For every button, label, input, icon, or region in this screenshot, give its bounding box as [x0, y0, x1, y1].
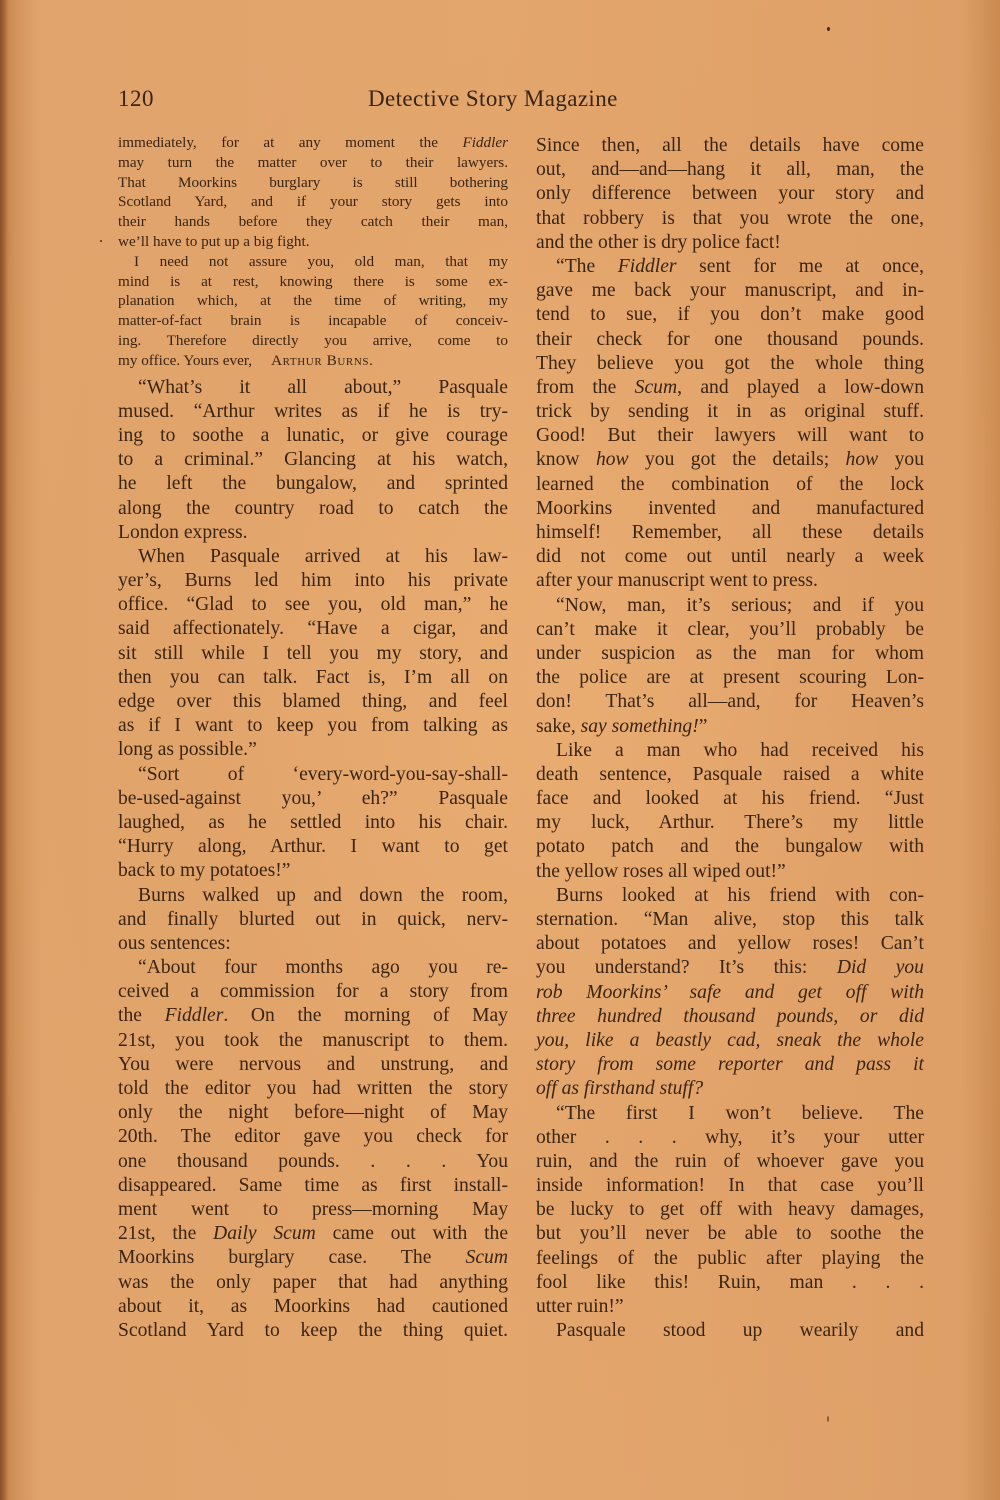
text-line: know how you got the details; how you — [536, 448, 924, 472]
text-line: told the editor you had written the stor… — [118, 1077, 508, 1101]
text-line: did not come out until nearly a week — [536, 545, 924, 569]
text-line: death sentence, Pasquale raised a white — [536, 763, 924, 787]
text-line: Burns looked at his friend with con- — [536, 884, 924, 908]
text-line: don! That’s all—and, for Heaven’s — [536, 690, 924, 714]
text-line: ceived a commission for a story from — [118, 980, 508, 1004]
text-line: story from some reporter and pass it — [536, 1053, 924, 1077]
text-line: disappeared. Same time as first install- — [118, 1174, 508, 1198]
text-line: 21st, the Daily Scum came out with the — [118, 1222, 508, 1246]
text-line: only the night before—night of May — [118, 1101, 508, 1125]
text-line: be-used-against you,’ eh?” Pasquale — [118, 787, 508, 811]
text-line: be lucky to get off with heavy damages, — [536, 1198, 924, 1222]
text-line: “The first I won’t believe. The — [536, 1102, 924, 1126]
text-line: office. “Glad to see you, old man,” he — [118, 593, 508, 617]
text-line: can’t make it clear, you’ll probably be — [536, 618, 924, 642]
text-line: the yellow roses all wiped out!” — [536, 860, 924, 884]
text-line: other . . . why, it’s your utter — [536, 1126, 924, 1150]
text-line: face and looked at his friend. “Just — [536, 787, 924, 811]
text-line: “Sort of ‘every-word-you-say-shall- — [118, 763, 508, 787]
text-line: Since then, all the details have come — [536, 134, 924, 158]
text-line: about it, as Moorkins had cautioned — [118, 1295, 508, 1319]
text-line: Moorkins invented and manufactured — [536, 497, 924, 521]
text-line: utter ruin!” — [536, 1295, 924, 1319]
text-line: Moorkins burglary case. The Scum — [118, 1246, 508, 1270]
text-line: ment went to press—morning May — [118, 1198, 508, 1222]
text-line: out, and—and—hang it all, man, the — [536, 158, 924, 182]
text-line: When Pasquale arrived at his law- — [118, 545, 508, 569]
text-line: “About four months ago you re- — [118, 956, 508, 980]
text-line: “What’s it all about,” Pasquale — [118, 376, 508, 400]
text-line: feelings of the public after playing the — [536, 1247, 924, 1271]
text-line: ruin, and the ruin of whoever gave you — [536, 1150, 924, 1174]
text-line: their check for one thousand pounds. — [536, 328, 924, 352]
text-line: after your manuscript went to press. — [536, 569, 924, 593]
text-line: Burns walked up and down the room, — [118, 884, 508, 908]
ink-speck — [827, 1416, 829, 1422]
text-line: then you can talk. Fact is, I’m all on — [118, 666, 508, 690]
text-line: and finally blurted out in quick, nerv- — [118, 908, 508, 932]
text-line: mused. “Arthur writes as if he is try- — [118, 400, 508, 424]
left-column: immediately, for at any moment the Fiddl… — [118, 133, 508, 1343]
text-line: from the Scum, and played a low-down — [536, 376, 924, 400]
text-line: “Hurry along, Arthur. I want to get — [118, 835, 508, 859]
text-line: but you’ll never be able to soothe the — [536, 1222, 924, 1246]
text-line: That Moorkins burglary is still botherin… — [118, 173, 508, 193]
text-line: matter-of-fact brain is incapable of con… — [118, 311, 508, 331]
text-line: mind is at rest, knowing there is some e… — [118, 272, 508, 292]
text-line: sake, say something!” — [536, 715, 924, 739]
text-line: Scotland Yard, and if your story gets in… — [118, 192, 508, 212]
text-line: and the other is dry police fact! — [536, 231, 924, 255]
text-line: back to my potatoes!” — [118, 859, 508, 883]
text-line: sternation. “Man alive, stop this talk — [536, 908, 924, 932]
text-line: Like a man who had received his — [536, 739, 924, 763]
text-line: my luck, Arthur. There’s my little — [536, 811, 924, 835]
text-line: along the country road to catch the — [118, 497, 508, 521]
text-line: 21st, you took the manuscript to them. — [118, 1029, 508, 1053]
text-line: 20th. The editor gave you check for — [118, 1125, 508, 1149]
text-line: laughed, as he settled into his chair. — [118, 811, 508, 835]
text-line: immediately, for at any moment the Fiddl… — [118, 133, 508, 153]
page-edge-shadow — [0, 0, 8, 1500]
letter-excerpt: immediately, for at any moment the Fiddl… — [118, 133, 508, 371]
text-line: ing to soothe a lunatic, or give courage — [118, 424, 508, 448]
text-line: They believe you got the whole thing — [536, 352, 924, 376]
text-line: yer’s, Burns led him into his private — [118, 569, 508, 593]
left-body-text: “What’s it all about,” Pasqualemused. “A… — [118, 376, 508, 1344]
text-line: as if I want to keep you from talking as — [118, 714, 508, 738]
ink-speck — [827, 27, 830, 31]
text-line: was the only paper that had anything — [118, 1271, 508, 1295]
text-line: he left the bungalow, and sprinted — [118, 472, 508, 496]
text-line: “The Fiddler sent for me at once, — [536, 255, 924, 279]
page-number: 120 — [118, 86, 154, 112]
text-line: inside information! In that case you’ll — [536, 1174, 924, 1198]
text-line: fool like this! Ruin, man . . . — [536, 1271, 924, 1295]
right-body-text: Since then, all the details have comeout… — [536, 134, 924, 1343]
text-line: one thousand pounds. . . . You — [118, 1150, 508, 1174]
text-line: the police are at present scouring Lon- — [536, 666, 924, 690]
ink-speck — [100, 240, 102, 242]
text-line: trick by sending it in as original stuff… — [536, 400, 924, 424]
text-line: planation which, at the time of writing,… — [118, 291, 508, 311]
text-line: three hundred thousand pounds, or did — [536, 1005, 924, 1029]
text-line: only difference between your story and — [536, 182, 924, 206]
magazine-title: Detective Story Magazine — [368, 86, 618, 112]
text-line: said affectionately. “Have a cigar, and — [118, 617, 508, 641]
text-line: gave me back your manuscript, and in- — [536, 279, 924, 303]
text-line: tend to sue, if you don’t make good — [536, 303, 924, 327]
text-line: long as possible.” — [118, 738, 508, 762]
text-line: that robbery is that you wrote the one, — [536, 207, 924, 231]
text-line: You were nervous and unstrung, and — [118, 1053, 508, 1077]
text-line: ing. Therefore directly you arrive, come… — [118, 331, 508, 351]
text-line: may turn the matter over to their lawyer… — [118, 153, 508, 173]
text-line: you, like a beastly cad, sneak the whole — [536, 1029, 924, 1053]
text-line: their hands before they catch their man, — [118, 212, 508, 232]
text-line: about potatoes and yellow roses! Can’t — [536, 932, 924, 956]
text-line: to a criminal.” Glancing at his watch, — [118, 448, 508, 472]
text-line: sit still while I tell you my story, and — [118, 642, 508, 666]
magazine-page: 120 Detective Story Magazine immediately… — [0, 0, 1000, 1500]
text-line: the Fiddler. On the morning of May — [118, 1004, 508, 1028]
text-line: edge over this blamed thing, and feel — [118, 690, 508, 714]
text-line: “Now, man, it’s serious; and if you — [536, 594, 924, 618]
text-line: Pasquale stood up wearily and — [536, 1319, 924, 1343]
right-column: Since then, all the details have comeout… — [536, 134, 924, 1343]
text-line: himself! Remember, all these details — [536, 521, 924, 545]
running-head: 120 Detective Story Magazine — [118, 86, 678, 120]
text-line: Good! But their lawyers will want to — [536, 424, 924, 448]
text-line: I need not assure you, old man, that my — [118, 252, 508, 272]
text-line: off as firsthand stuff? — [536, 1077, 924, 1101]
text-line: my office. Yours ever, Arthur Burns. — [118, 351, 508, 371]
text-line: you understand? It’s this: Did you — [536, 956, 924, 980]
text-line: we’ll have to put up a big fight. — [118, 232, 508, 252]
text-line: London express. — [118, 521, 508, 545]
text-line: rob Moorkins’ safe and get off with — [536, 981, 924, 1005]
text-line: ous sentences: — [118, 932, 508, 956]
text-line: learned the combination of the lock — [536, 473, 924, 497]
text-line: Scotland Yard to keep the thing quiet. — [118, 1319, 508, 1343]
text-line: potato patch and the bungalow with — [536, 835, 924, 859]
text-line: under suspicion as the man for whom — [536, 642, 924, 666]
